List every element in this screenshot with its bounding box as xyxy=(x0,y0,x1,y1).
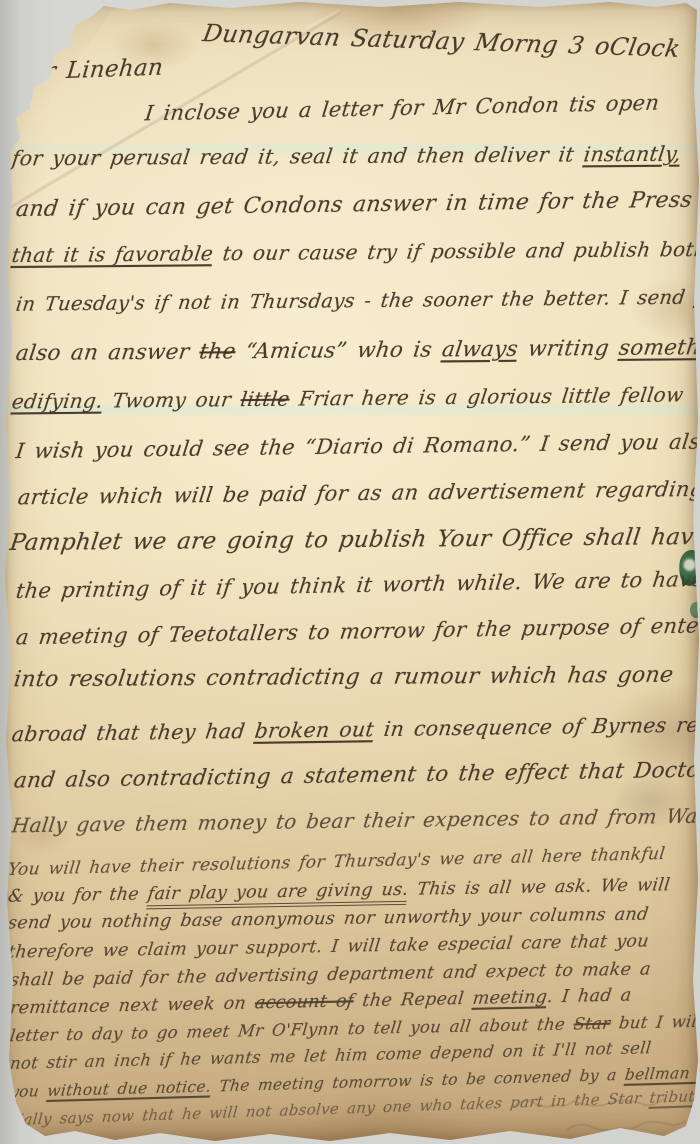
letter-line: for your perusal read it, seal it and th… xyxy=(10,142,682,171)
letter-line: remittance next week on account of the R… xyxy=(9,985,633,1018)
letter-text-segment: fair play you are giving us. xyxy=(146,880,410,910)
letter-line: You will have their resolutions for Thur… xyxy=(7,844,666,880)
letter-line: into resolutions contradicting a rumour … xyxy=(12,663,675,693)
letter-line: Hally gave them money to bear their expe… xyxy=(11,803,700,838)
letter-line: in Tuesday's if not in Thursdays - the s… xyxy=(15,285,700,316)
letter-text-segment: shall be paid for the advertising depart… xyxy=(9,959,652,990)
letter-text-segment: a meeting of Teetotallers to morrow for … xyxy=(15,613,700,650)
letter-text-segment: Star xyxy=(573,1014,612,1034)
letter-line: shall be paid for the advertising depart… xyxy=(9,959,652,990)
letter-text-segment: instantly, xyxy=(582,142,682,167)
letter-text-segment: I wish you could see the “Diario di Roma… xyxy=(15,429,700,463)
letter-text-segment: Friar here is a glorious little fellow xyxy=(288,382,685,410)
letter-text-segment: Pamphlet we are going to publish Your Of… xyxy=(8,524,700,556)
letter-text-segment: bellman and xyxy=(624,1063,700,1084)
letter-text-segment: to our cause try if possible and publish… xyxy=(212,237,700,265)
letter-paper: Dungarvan Saturday Morng 3 oClock Dr Lin… xyxy=(0,0,700,1144)
letter-text-segment: Twomy our xyxy=(101,387,242,412)
letter-text-segment: therefore we claim your support. I will … xyxy=(7,931,650,962)
letter-text-segment: and if you can get Condons answer in tim… xyxy=(14,187,700,222)
letter-text-segment: the Repeal xyxy=(352,989,473,1012)
letter-text-segment: in consequence of Byrnes removal xyxy=(373,712,700,741)
letter-line: a meeting of Teetotallers to morrow for … xyxy=(15,613,700,650)
letter-dateline: Dungarvan Saturday Morng 3 oClock xyxy=(201,19,683,63)
letter-text-segment: writing xyxy=(516,336,620,362)
letter-text-segment: send you nothing base anonymous nor unwo… xyxy=(7,905,650,934)
letter-text-segment: . I had a xyxy=(546,985,633,1007)
faded-signature-flourish xyxy=(505,1088,690,1142)
letter-text-segment: into resolutions contradicting a rumour … xyxy=(12,663,675,693)
letter-text-segment: This is all we ask. We will xyxy=(407,875,671,900)
letter-text-segment: in Tuesday's if not in Thursdays - the s… xyxy=(15,285,700,316)
letter-line: the printing of it if you think it worth… xyxy=(15,567,700,603)
letter-text-segment: edifying. xyxy=(10,389,104,414)
letter-line: and also contradicting a statement to th… xyxy=(12,758,700,794)
letter-text-segment: abroad that they had xyxy=(11,719,257,746)
letter-text-segment: Hally gave them money to bear their expe… xyxy=(11,803,700,838)
letter-text-segment: You will have their resolutions for Thur… xyxy=(7,844,666,880)
letter-text-segment: without due notice. xyxy=(46,1077,212,1100)
letter-text-segment: the xyxy=(198,339,237,364)
letter-text-segment: I inclose you a letter for Mr Condon tis… xyxy=(144,91,661,126)
torn-corner-shadow xyxy=(0,0,120,170)
scan-background: Dungarvan Saturday Morng 3 oClock Dr Lin… xyxy=(0,0,700,1144)
letter-text-segment: little xyxy=(239,387,291,412)
letter-line: that it is favorable to our cause try if… xyxy=(10,237,700,267)
letter-text-segment: broken out xyxy=(253,717,375,743)
letter-text-segment: meeting xyxy=(472,987,549,1009)
letter-line: abroad that they had broken out in conse… xyxy=(11,712,700,747)
letter-line: I wish you could see the “Diario di Roma… xyxy=(15,429,700,463)
letter-text-segment: the printing of it if you think it worth… xyxy=(15,567,700,603)
letter-text-segment: and also contradicting a statement to th… xyxy=(12,758,700,794)
green-seal-speck xyxy=(690,602,700,618)
letter-text-segment: letter to day to go meet Mr O'Flynn to t… xyxy=(9,1014,575,1045)
letter-text-segment: but I will xyxy=(609,1012,700,1033)
letter-text-segment: always xyxy=(440,337,519,363)
letter-text-segment: & you for the xyxy=(7,884,149,906)
letter-line: I inclose you a letter for Mr Condon tis… xyxy=(144,91,661,126)
letter-line: Pamphlet we are going to publish Your Of… xyxy=(8,524,700,556)
letter-text-segment: remittance next week on xyxy=(9,993,256,1018)
letter-text-segment: for your perusal read it, seal it and th… xyxy=(10,142,585,170)
letter-line: also an answer the “Amicus” who is alway… xyxy=(14,335,700,366)
letter-line: therefore we claim your support. I will … xyxy=(7,931,650,962)
letter-text-segment: article which will be paid for as an adv… xyxy=(16,477,700,510)
letter-text-segment: you xyxy=(9,1082,48,1101)
letter-text-segment: that it is favorable xyxy=(10,241,214,267)
letter-line: send you nothing base anonymous nor unwo… xyxy=(7,905,650,934)
letter-text-segment: also an answer xyxy=(14,340,201,367)
letter-line: and if you can get Condons answer in tim… xyxy=(14,187,700,222)
letter-text-segment: something xyxy=(617,335,700,361)
letter-text-segment: “Amicus” who is xyxy=(234,337,444,364)
letter-line: edifying. Twomy our little Friar here is… xyxy=(10,382,685,413)
letter-line: & you for the fair play you are giving u… xyxy=(7,875,671,907)
letter-line: article which will be paid for as an adv… xyxy=(16,477,700,510)
letter-text-segment: account of xyxy=(254,991,355,1013)
letter-salutation: Dr Linehan xyxy=(25,55,165,86)
